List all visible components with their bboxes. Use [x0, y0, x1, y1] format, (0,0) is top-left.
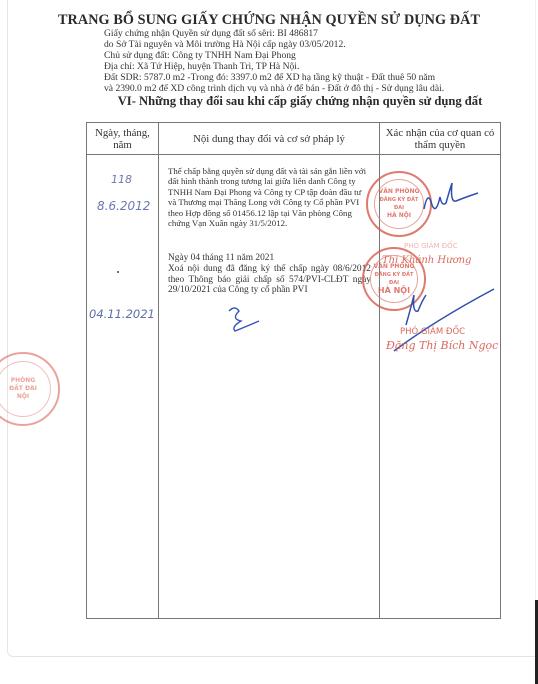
handwritten-date: 8.6.2012 — [97, 199, 150, 213]
info-address: Địa chỉ: Xã Tứ Hiệp, huyện Thanh Trì, TP… — [104, 62, 484, 73]
confirmation-cell: VĂN PHÒNG ĐĂNG KÝ ĐẤT ĐAI HÀ NỘI PHÓ GIÁ… — [380, 155, 501, 619]
dot-mark — [117, 271, 119, 273]
entry-release-text: Xoá nội dung đã đăng ký thế chấp ngày 08… — [159, 264, 379, 296]
stamp-title-top: PHÓ GIÁM ĐỐC — [404, 242, 458, 250]
table-row: 118 8.6.2012 04.11.2021 Thế chấp bằng qu… — [87, 155, 501, 619]
certificate-info: Giấy chứng nhận Quyền sử dụng đất số sêr… — [104, 29, 484, 94]
document-title: TRANG BỔ SUNG GIẤY CHỨNG NHẬN QUYỀN SỬ D… — [0, 12, 538, 29]
info-area-2: và 2390.0 m2 để XD công trình dịch vụ và… — [104, 84, 484, 95]
changes-table: Ngày, tháng, năm Nội dung thay đổi và cơ… — [86, 122, 501, 619]
entry-mortgage-text: Thế chấp bằng quyền sử dụng đất và tài s… — [159, 166, 379, 228]
header-content: Nội dung thay đổi và cơ sở pháp lý — [159, 123, 380, 155]
signer-title: PHÓ GIÁM ĐỐC — [400, 327, 465, 337]
header-date: Ngày, tháng, năm — [87, 123, 159, 155]
signer-name: Đặng Thị Bích Ngọc — [386, 339, 498, 352]
handwritten-entry-number: 118 — [111, 173, 132, 186]
date-cell: 118 8.6.2012 04.11.2021 — [87, 155, 159, 619]
header-confirmation: Xác nhận của cơ quan có thẩm quyền — [380, 123, 501, 155]
handwritten-date: 04.11.2021 — [89, 307, 155, 321]
entry-release-heading: Ngày 04 tháng 11 năm 2021 — [159, 253, 379, 263]
content-cell: Thế chấp bằng quyền sử dụng đất và tài s… — [159, 155, 380, 619]
info-area-1: Đất SDR: 5787.0 m2 -Trong đó: 3397.0 m2 … — [104, 73, 484, 84]
table-header-row: Ngày, tháng, năm Nội dung thay đổi và cơ… — [87, 123, 501, 155]
initials-signature — [221, 303, 271, 333]
signature — [418, 179, 488, 219]
section-title: VI- Những thay đổi sau khi cấp giấy chứn… — [0, 94, 538, 109]
